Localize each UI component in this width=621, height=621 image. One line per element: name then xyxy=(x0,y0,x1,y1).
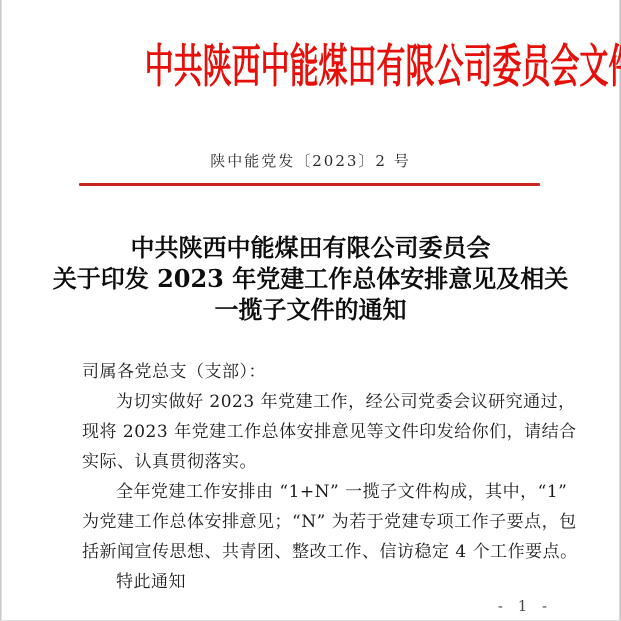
document-body: 司属各党总支（支部）： 为切实做好 2023 年党建工作，经公司党委会议研究通过… xyxy=(82,357,542,597)
letterhead-title-text: 中共陕西中能煤田有限公司委员会文件 xyxy=(145,36,621,96)
body-salutation: 司属各党总支（支部）： xyxy=(82,357,542,387)
red-divider-rule xyxy=(79,183,540,186)
page-number: - 1 - xyxy=(470,597,580,615)
document-title-line-3: 一揽子文件的通知 xyxy=(40,294,581,325)
body-line: 括新闻宣传思想、共青团、整改工作、信访稳定 4 个工作要点。 xyxy=(82,537,542,567)
body-line: 实际、认真贯彻落实。 xyxy=(82,447,542,477)
letterhead-title: 中共陕西中能煤田有限公司委员会文件 xyxy=(0,36,621,107)
body-line: 全年党建工作安排由 “1+N” 一揽子文件构成，其中，“1” xyxy=(82,477,542,507)
body-line: 为切实做好 2023 年党建工作，经公司党委会议研究通过， xyxy=(82,387,542,417)
body-line: 为党建工作总体安排意见；“N” 为若于党建专项工作子要点，包 xyxy=(82,507,542,537)
body-line: 现将 2023 年党建工作总体安排意见等文件印发给你们，请结合 xyxy=(82,417,542,447)
document-title-line-2: 关于印发 2023 年党建工作总体安排意见及相关 xyxy=(40,263,581,294)
document-title: 中共陕西中能煤田有限公司委员会 关于印发 2023 年党建工作总体安排意见及相关… xyxy=(40,232,581,325)
document-number: 陕中能党发〔2023〕2 号 xyxy=(0,150,621,171)
document-page: 中共陕西中能煤田有限公司委员会文件 陕中能党发〔2023〕2 号 中共陕西中能煤… xyxy=(0,0,621,621)
document-title-line-1: 中共陕西中能煤田有限公司委员会 xyxy=(40,232,581,263)
body-closing: 特此通知 xyxy=(82,567,542,597)
